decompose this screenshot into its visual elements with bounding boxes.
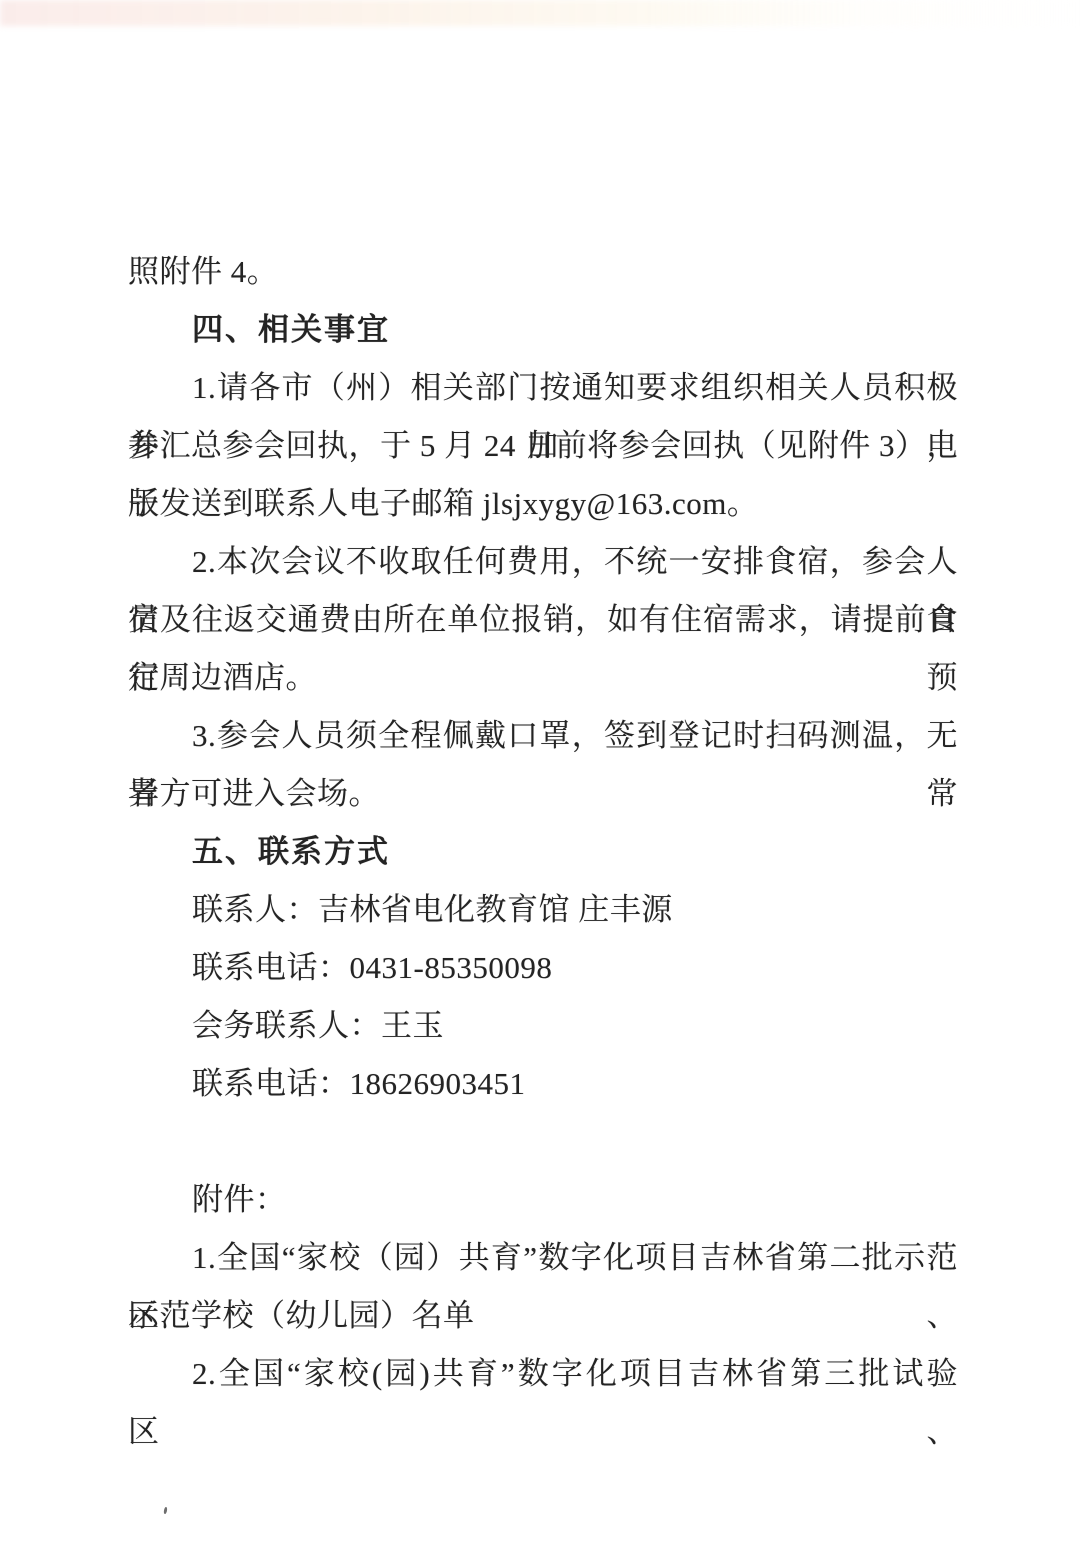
attachments-label: 附件： (128, 1171, 958, 1229)
closing-of-previous-paragraph: 照附件 4。 (128, 243, 958, 301)
scan-ink-speck (163, 1507, 167, 1514)
related-item-1-line-3: 版发送到联系人电子邮箱 jlsjxygy@163.com。 (128, 475, 958, 533)
related-item-2-line-1: 2.本次会议不收取任何费用，不统一安排食宿，参会人员食 (128, 533, 958, 591)
related-item-3-line-1: 3.参会人员须全程佩戴口罩，签到登记时扫码测温，无异常 (128, 707, 958, 765)
attachment-1-line-1: 1.全国“家校（园）共育”数字化项目吉林省第二批示范区、 (128, 1229, 958, 1287)
contact-person-line: 联系人：吉林省电化教育馆 庄丰源 (128, 881, 958, 939)
related-item-1-line-1: 1.请各市（州）相关部门按通知要求组织相关人员积极参加， (128, 359, 958, 417)
section-heading-contact-info: 五、联系方式 (128, 823, 958, 881)
blank-line (128, 1113, 958, 1171)
conference-contact-person-line: 会务联系人：王玉 (128, 997, 958, 1055)
section-heading-related-matters: 四、相关事宜 (128, 301, 958, 359)
attachment-2-line-1: 2.全国“家校(园)共育”数字化项目吉林省第三批试验区、 (128, 1345, 958, 1403)
scanned-document-page: 照附件 4。 四、相关事宜 1.请各市（州）相关部门按通知要求组织相关人员积极参… (0, 0, 1080, 1553)
related-item-2-line-2: 宿及往返交通费由所在单位报销，如有住宿需求，请提前自行预 (128, 591, 958, 649)
related-item-1-line-2: 并汇总参会回执，于 5 月 24 日前将参会回执（见附件 3）电子 (128, 417, 958, 475)
conference-contact-phone-line: 联系电话：18626903451 (128, 1055, 958, 1113)
document-text-block: 照附件 4。 四、相关事宜 1.请各市（州）相关部门按通知要求组织相关人员积极参… (128, 243, 958, 1403)
scan-artifact-top-tint (0, 0, 1080, 26)
contact-phone-line: 联系电话：0431-85350098 (128, 939, 958, 997)
